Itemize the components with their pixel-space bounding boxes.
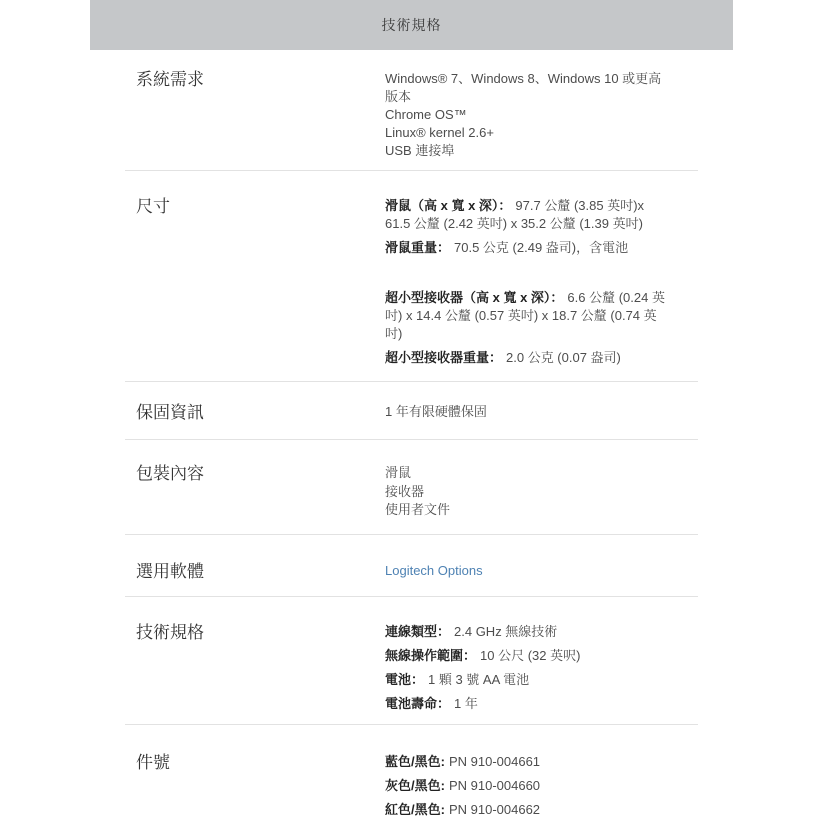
spec-item-term: 連線類型： [385, 624, 450, 639]
section-label: 件號 [125, 753, 385, 819]
section-label: 技術規格 [125, 623, 385, 713]
section-content: Windows® 7、Windows 8、Windows 10 或更高版本Chr… [385, 70, 697, 160]
spec-line: 使用者文件 [385, 501, 667, 520]
spec-item: 超小型接收器重量：2.0 公克 (0.07 盎司) [385, 349, 667, 367]
section-label: 尺寸 [125, 197, 385, 367]
spec-line: 接收器 [385, 483, 667, 502]
section-label: 系統需求 [125, 70, 385, 160]
spec-item: 超小型接收器（高 x 寬 x 深）：6.6 公釐 (0.24 英吋) x 14.… [385, 289, 667, 343]
spec-item-value: 1 顆 3 號 AA 電池 [428, 672, 529, 687]
spec-row-optional-software: 選用軟體Logitech Options [125, 535, 698, 597]
spec-item: 紅色/黑色:PN 910-004662 [385, 801, 667, 819]
spec-item-term: 超小型接收器（高 x 寬 x 深）： [385, 290, 563, 305]
spec-table-title: 技術規格 [382, 15, 442, 35]
spec-item-term: 藍色/黑色: [385, 754, 445, 769]
spec-row-system-requirements: 系統需求Windows® 7、Windows 8、Windows 10 或更高版… [125, 50, 698, 171]
spec-item-term: 灰色/黑色: [385, 778, 445, 793]
spec-item-term: 滑鼠重量： [385, 240, 450, 255]
spec-line: USB 連接埠 [385, 142, 667, 160]
section-content: 藍色/黑色:PN 910-004661灰色/黑色:PN 910-004660紅色… [385, 753, 697, 819]
section-content: 連線類型：2.4 GHz 無線技術無線操作範圍：10 公尺 (32 英呎)電池：… [385, 623, 697, 713]
spec-line: Chrome OS™ [385, 106, 667, 124]
spec-item: 灰色/黑色:PN 910-004660 [385, 777, 667, 795]
spec-item: 電池壽命：1 年 [385, 695, 667, 713]
spec-rows: 系統需求Windows® 7、Windows 8、Windows 10 或更高版… [90, 50, 733, 819]
spec-row-dimensions: 尺寸滑鼠（高 x 寬 x 深）：97.7 公釐 (3.85 英吋)x 61.5 … [125, 171, 698, 382]
spec-item-value: 70.5 公克 (2.49 盎司)，含電池 [454, 240, 628, 255]
spec-line: Linux® kernel 2.6+ [385, 124, 667, 142]
spec-item-term: 紅色/黑色: [385, 802, 445, 817]
spec-item: 滑鼠（高 x 寬 x 深）：97.7 公釐 (3.85 英吋)x 61.5 公釐… [385, 197, 667, 233]
spec-row-part-numbers: 件號藍色/黑色:PN 910-004661灰色/黑色:PN 910-004660… [125, 725, 698, 819]
spec-item-term: 超小型接收器重量： [385, 350, 502, 365]
spec-row-tech-specs: 技術規格連線類型：2.4 GHz 無線技術無線操作範圍：10 公尺 (32 英呎… [125, 597, 698, 725]
spec-row-warranty-info: 保固資訊1 年有限硬體保固 [125, 382, 698, 440]
spec-item: 無線操作範圍：10 公尺 (32 英呎) [385, 647, 667, 665]
product-spec-page: 技術規格 系統需求Windows® 7、Windows 8、Windows 10… [0, 0, 822, 822]
spec-line: Logitech Options [385, 562, 667, 580]
spec-line: 1 年有限硬體保固 [385, 403, 667, 421]
spec-item: 電池：1 顆 3 號 AA 電池 [385, 671, 667, 689]
spec-item-value: PN 910-004660 [449, 778, 540, 793]
spec-item-value: PN 910-004661 [449, 754, 540, 769]
spec-item: 藍色/黑色:PN 910-004661 [385, 753, 667, 771]
spec-item-value: 1 年 [454, 696, 478, 711]
spec-item-value: 2.0 公克 (0.07 盎司) [506, 350, 621, 365]
spec-item-value: PN 910-004662 [449, 802, 540, 817]
spec-item-term: 電池： [385, 672, 424, 687]
section-content: 滑鼠接收器使用者文件 [385, 464, 697, 520]
spec-item-term: 滑鼠（高 x 寬 x 深）： [385, 198, 511, 213]
section-label: 選用軟體 [125, 562, 385, 582]
spec-table-header: 技術規格 [90, 0, 733, 50]
section-content: 滑鼠（高 x 寬 x 深）：97.7 公釐 (3.85 英吋)x 61.5 公釐… [385, 197, 697, 367]
spec-item-value: 2.4 GHz 無線技術 [454, 624, 557, 639]
section-label: 保固資訊 [125, 403, 385, 423]
spec-line: Windows® 7、Windows 8、Windows 10 或更高版本 [385, 70, 667, 106]
section-content: Logitech Options [385, 562, 697, 582]
spec-item-value: 10 公尺 (32 英呎) [480, 648, 580, 663]
spec-item: 滑鼠重量：70.5 公克 (2.49 盎司)，含電池 [385, 239, 667, 257]
spec-item-term: 無線操作範圍： [385, 648, 476, 663]
spec-row-package-contents: 包裝內容滑鼠接收器使用者文件 [125, 440, 698, 535]
logitech-options-link[interactable]: Logitech Options [385, 563, 483, 578]
section-label: 包裝內容 [125, 464, 385, 520]
spec-item: 連線類型：2.4 GHz 無線技術 [385, 623, 667, 641]
spec-table: 技術規格 系統需求Windows® 7、Windows 8、Windows 10… [90, 0, 733, 819]
section-content: 1 年有限硬體保固 [385, 403, 697, 423]
spec-line: 滑鼠 [385, 464, 667, 483]
spec-item-term: 電池壽命： [385, 696, 450, 711]
